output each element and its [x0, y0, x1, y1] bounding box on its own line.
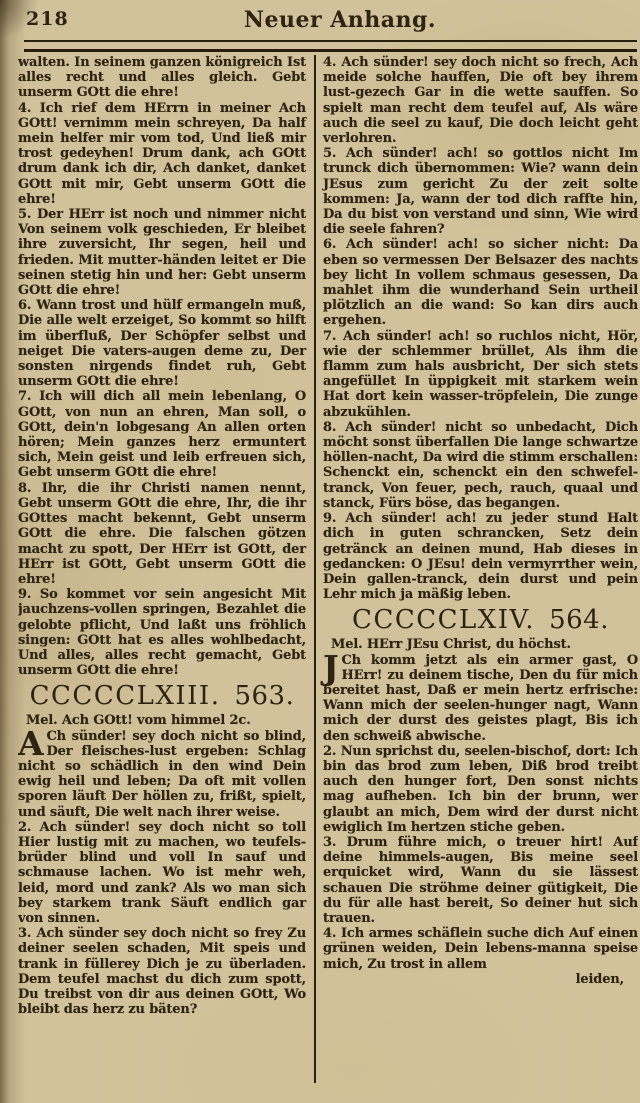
hymn-verse: 5. Der HErr ist noch und nimmer nicht Vo…: [18, 207, 306, 298]
hymn-verse: 4. Ach sünder! sey doch nicht so frech, …: [323, 55, 638, 146]
hymn-verse-text: Ch sünder! sey doch nicht so blind, Der …: [18, 729, 306, 820]
book-page: 218 Neuer Anhang. walten. In seinem ganz…: [0, 0, 640, 1103]
right-column: 4. Ach sünder! sey doch nicht so frech, …: [323, 55, 638, 1103]
hymn-verse: 2. Nun sprichst du, seelen-bischof, dort…: [323, 744, 638, 835]
hymn-first-verse: ACh sünder! sey doch nicht so blind, Der…: [18, 729, 306, 820]
hymn-roman-numeral: CCCCCLXIV.: [352, 605, 535, 635]
header-rule-thick: [24, 49, 637, 52]
hymn-verse: 7. Ach sünder! ach! so ruchlos nicht, Hö…: [323, 329, 638, 420]
hymn-verse: 5. Ach sünder! ach! so gottlos nicht Im …: [323, 146, 638, 237]
text-columns: walten. In seinem ganzen königreich Ist …: [18, 55, 638, 1103]
header-rule-thin: [24, 40, 637, 42]
page-number: 218: [26, 8, 69, 30]
hymn-verse: 6. Wann trost und hülf ermangeln muß, Di…: [18, 298, 306, 389]
hymn-verse: 2. Ach sünder! sey doch nicht so toll Hi…: [18, 820, 306, 926]
hymn-verse: 9. So kommet vor sein angesicht Mit jauc…: [18, 587, 306, 678]
hymn-verse: 9. Ach sünder! ach! zu jeder stund Halt …: [323, 511, 638, 602]
hymn-verse: 8. Ihr, die ihr Christi namen nennt, Geb…: [18, 481, 306, 587]
hymn-verse: 8. Ach sünder! nicht so unbedacht, Dich …: [323, 420, 638, 511]
hymn-number: 564.: [549, 605, 609, 635]
column-divider-rule: [314, 55, 316, 1083]
hymn-roman-numeral: CCCCCLXIII.: [30, 681, 221, 711]
hymn-verse: 4. Ich rief dem HErrn in meiner Ach GOtt…: [18, 101, 306, 207]
drop-cap: A: [18, 729, 46, 757]
page-header: 218 Neuer Anhang.: [0, 0, 640, 37]
running-header-title: Neuer Anhang.: [40, 7, 640, 33]
melody-line: Mel. HErr JEsu Christ, du höchst.: [323, 637, 638, 652]
left-column: walten. In seinem ganzen königreich Ist …: [18, 55, 306, 1103]
hymn-verse: 3. Drum führe mich, o treuer hirt! Auf d…: [323, 835, 638, 926]
hymn-verse: 3. Ach sünder sey doch nicht so frey Zu …: [18, 926, 306, 1017]
hymn-heading-563: CCCCCLXIII.563.: [18, 681, 306, 711]
catchword: leiden,: [323, 972, 638, 987]
melody-line: Mel. Ach GOtt! vom himmel 2c.: [18, 713, 306, 728]
hymn-verse: 4. Ich armes schäflein suche dich Auf ei…: [323, 926, 638, 972]
hymn-number: 563.: [234, 681, 294, 711]
hymn-first-verse: JCh komm jetzt als ein armer gast, O HEr…: [323, 653, 638, 744]
verse-continuation: walten. In seinem ganzen königreich Ist …: [18, 55, 306, 101]
hymn-verse: 6. Ach sünder! ach! so sicher nicht: Da …: [323, 237, 638, 328]
drop-cap: J: [323, 653, 341, 681]
hymn-verse: 7. Ich will dich all mein lebenlang, O G…: [18, 389, 306, 480]
hymn-heading-564: CCCCCLXIV.564.: [323, 605, 638, 635]
hymn-verse-text: Ch komm jetzt als ein armer gast, O HErr…: [323, 653, 638, 744]
